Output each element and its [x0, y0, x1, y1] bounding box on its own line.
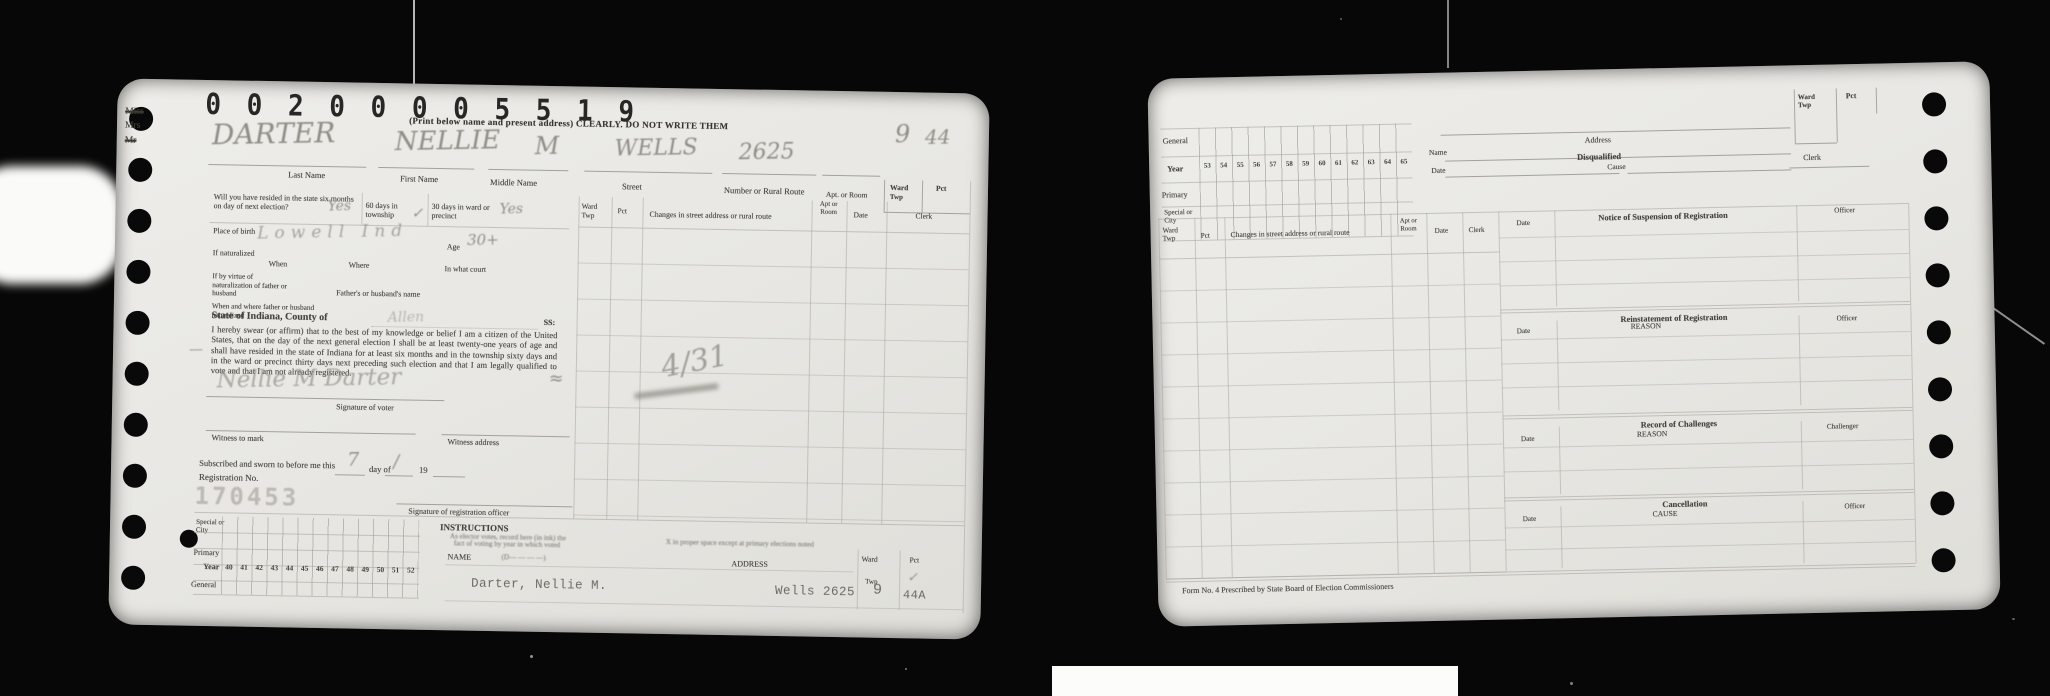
title-miss: Miss: [125, 105, 144, 120]
handwritten-street: WELLS: [614, 135, 697, 161]
table-row-line: [574, 478, 965, 486]
label-year: Year: [1167, 164, 1183, 174]
table-row-line: [1163, 444, 1503, 452]
dust-speck: [2012, 618, 2015, 620]
punch-hole: [1925, 263, 1949, 287]
table-row-line: [576, 370, 967, 378]
voter-card-back: General Year Primary Special or City 535…: [1147, 61, 2000, 627]
handwritten-sworn-month: /: [393, 451, 399, 472]
label-when: When: [269, 259, 288, 269]
reinstatement-reason: REASON: [1631, 322, 1662, 332]
footer-rule: [1166, 563, 1916, 580]
label-twp: Twp: [890, 193, 903, 201]
next-frame-edge: [1052, 666, 1458, 696]
ward-box-line: [1876, 88, 1878, 114]
col-changes: Changes in street address or rural route: [1231, 229, 1350, 240]
challenges-reason: REASON: [1637, 430, 1668, 440]
table-col-line: [1194, 218, 1203, 578]
label-primary: Primary: [193, 548, 219, 558]
handwritten-last-name: DARTER: [212, 116, 336, 151]
label-ward: Ward: [890, 184, 908, 193]
punch-hole: [1927, 320, 1951, 344]
table-col-line: [881, 202, 888, 524]
table-row-line: [576, 334, 967, 342]
dust-speck: [530, 655, 533, 658]
section-row-line: [1502, 379, 1912, 389]
section-right-line: [1908, 203, 1917, 563]
label-place-of-birth: Place of birth: [213, 226, 255, 236]
day-line: [335, 474, 365, 476]
section-row-line: [1505, 541, 1915, 551]
label-witness-address: Witness address: [447, 437, 499, 447]
title-mrs: Mrs: [125, 119, 144, 134]
table-row-line: [1165, 539, 1505, 547]
label-street: Street: [622, 181, 642, 191]
pencil-smudge: [634, 383, 718, 399]
name-line: [722, 173, 816, 176]
table-row-line: [575, 442, 966, 450]
table-row-line: [1160, 316, 1500, 324]
handwritten-house-number: 2625: [738, 139, 794, 165]
table-col-line: [573, 196, 580, 518]
table-row-line: [1164, 507, 1504, 515]
handwritten-first-name: NELLIE: [395, 125, 501, 157]
section-row-line: [1499, 229, 1909, 239]
table-col-line: [1224, 217, 1233, 577]
typed-pct: 44A: [903, 588, 926, 602]
clerk-line: [1789, 166, 1869, 169]
title-mr: Mr: [125, 133, 144, 148]
section-col-line: [1560, 506, 1562, 568]
section-row-line: [1503, 439, 1913, 449]
microfilm-scan: (Print below name and present address) C…: [0, 0, 2050, 696]
label-disqualified: Disqualified: [1577, 151, 1621, 162]
question-30-days-ward: 30 days in ward or precinct: [431, 202, 499, 222]
film-scratch-vertical-right: [1447, 0, 1449, 68]
handwritten-county: Allen: [388, 309, 425, 326]
label-where: Where: [349, 260, 370, 270]
ward-box-line: [1836, 88, 1838, 142]
col-pct: Pct: [1201, 232, 1210, 241]
punch-hole: [122, 515, 146, 539]
pencil-checkmark: ✓: [907, 570, 918, 585]
suspension-date: Date: [1516, 219, 1530, 228]
label-in-what-court: In what court: [444, 264, 486, 274]
dust-speck: [905, 668, 907, 670]
label-pct-index: Pct: [909, 556, 919, 565]
punch-hole: [1922, 92, 1946, 116]
challenges-date: Date: [1521, 435, 1535, 444]
section-row-line: [1499, 253, 1909, 263]
label-middle-name: Middle Name: [490, 177, 537, 188]
table-row-line: [1162, 380, 1502, 388]
punch-hole: [1930, 491, 1954, 515]
affidavit-ss: SS:: [544, 318, 556, 328]
label-general: General: [1163, 136, 1189, 146]
typed-voter-address: Wells 2625: [775, 584, 855, 599]
voter-signature: Nellie M Darter: [216, 364, 401, 393]
sworn-before-me-text: Subscribed and sworn to before me this: [199, 458, 335, 471]
punch-hole: [125, 311, 149, 335]
label-year-19: 19: [419, 465, 428, 475]
punch-hole: [128, 158, 152, 182]
pencil-date-scribble: 4/31: [658, 338, 731, 385]
footer-rule: [1166, 566, 1916, 583]
instructions-note: X in proper space except at primary elec…: [666, 538, 814, 549]
table-col-line: [606, 197, 613, 519]
punch-hole: [1928, 377, 1952, 401]
label-apt-or-room: Apt. or Room: [826, 191, 868, 201]
typed-voter-name: Darter, Nellie M.: [471, 577, 607, 593]
vote-grid-columns: [221, 516, 419, 597]
cancellation-officer: Officer: [1844, 502, 1865, 511]
label-primary: Primary: [1162, 190, 1188, 200]
col-apt-or-room: Apt or Room: [1396, 217, 1420, 233]
registration-number-stamp: 170453: [194, 482, 299, 512]
date-line: [1445, 173, 1619, 178]
voter-card-front: (Print below name and present address) C…: [108, 78, 989, 639]
label-father-husband-name: Father's or husband's name: [336, 288, 420, 299]
reinstatement-officer: Officer: [1836, 314, 1857, 323]
label-address-index: ADDRESS: [731, 559, 768, 569]
section-col-line: [1802, 501, 1804, 563]
label-ward-index: Ward: [861, 555, 877, 564]
table-col-line: [1390, 214, 1399, 574]
table-row-line: [1160, 284, 1500, 292]
signature-line: [206, 396, 444, 401]
margin-pencil-mark: —: [189, 342, 203, 358]
table-row-line: [1164, 476, 1504, 484]
handwritten-sworn-day: 7: [347, 448, 359, 470]
handwritten-pct: 44: [925, 125, 951, 149]
col-changes: Changes in street address or rural route: [649, 210, 771, 221]
table-col-line: [1498, 212, 1507, 572]
table-row-line: [1161, 348, 1501, 356]
form-number-footer: Form No. 4 Prescribed by State Board of …: [1182, 582, 1394, 596]
section-col-line: [1796, 205, 1799, 301]
label-date: Date: [1431, 167, 1445, 176]
col-date: Date: [1435, 227, 1449, 236]
section-col-line: [1554, 210, 1557, 306]
section-col-line: [1557, 320, 1560, 410]
ward-box-line: [1795, 142, 1837, 144]
label-general: General: [191, 580, 216, 590]
punch-hole: [1931, 548, 1955, 572]
label-pct: Pct: [1846, 92, 1857, 101]
section-col-line: [1798, 315, 1801, 405]
label-name: Name: [1429, 149, 1447, 158]
table-row-line: [575, 406, 966, 414]
handwritten-q2-answer: ✓: [411, 206, 423, 222]
table-col-line: [1426, 213, 1435, 573]
section-row-line: [1501, 331, 1911, 341]
col-ward-twp: Ward Twp: [1162, 226, 1190, 244]
ward-box-line: [884, 180, 886, 212]
handwritten-age: 30+: [467, 231, 499, 250]
table-col-line: [637, 198, 644, 520]
table-row-line: [578, 226, 969, 234]
name-line: [822, 175, 880, 177]
title-options: Miss Mrs Mr: [125, 105, 144, 148]
affidavit-heading: State of Indiana, County of: [212, 310, 328, 324]
month-line: [385, 475, 413, 476]
table-row-line: [577, 298, 968, 306]
suspension-title: Notice of Suspension of Registration: [1598, 211, 1728, 224]
punch-hole: [1924, 206, 1948, 230]
label-ward-twp: Ward Twp: [1798, 93, 1828, 110]
section-row-line: [1500, 277, 1910, 287]
section-col-line: [1801, 421, 1803, 489]
reinstatement-date: Date: [1517, 327, 1531, 336]
year-line: [433, 476, 465, 478]
lens-blob: [0, 166, 122, 284]
label-special-or-city: Special or City: [1164, 208, 1196, 225]
col-clerk: Clerk: [915, 212, 932, 221]
handwritten-q3-answer: Yes: [499, 201, 523, 217]
label-signature-of-voter: Signature of voter: [336, 402, 394, 412]
cancellation-cause: CAUSE: [1653, 510, 1678, 519]
cell-line: [427, 194, 429, 226]
index-row-line: [445, 564, 853, 572]
label-day-of: day of: [369, 464, 391, 475]
label-clerk: Clerk: [1803, 153, 1821, 163]
handwritten-middle-name: M: [534, 132, 559, 160]
col-apt-or-room: Apt or Room: [817, 201, 841, 217]
label-name-index: NAME: [447, 552, 471, 562]
col-pct: Pct: [618, 207, 627, 216]
label-address: Address: [1585, 135, 1611, 145]
instructions-line2: fact of voting by year in which voted: [454, 539, 561, 549]
section-row-line: [1501, 355, 1911, 365]
dust-speck: [1570, 682, 1573, 685]
handwritten-q1-answer: Yes: [327, 198, 351, 214]
label-virtue-naturalization: If by virtue of naturalization of father…: [212, 272, 294, 299]
label-age: Age: [447, 242, 460, 251]
index-col-line: [857, 549, 859, 609]
handwritten-place-of-birth: Lowell Ind: [257, 221, 408, 244]
label-witness-to-mark: Witness to mark: [211, 433, 263, 443]
label-cause: Cause: [1607, 163, 1626, 172]
table-row-line: [578, 262, 969, 270]
label-number-rural-route: Number or Rural Route: [724, 185, 805, 196]
table-col-line: [806, 201, 813, 523]
section-row-line: [1505, 519, 1915, 529]
col-clerk: Clerk: [1469, 226, 1485, 235]
label-date-hint: (D— — — —): [501, 553, 545, 562]
table-col-line: [841, 201, 848, 523]
typed-ward: 9: [873, 582, 883, 599]
punch-hole: [121, 566, 145, 590]
name-line: [584, 171, 712, 174]
punch-hole: [123, 464, 147, 488]
label-pct: Pct: [936, 185, 947, 194]
name-line: [208, 164, 366, 168]
name-line: [378, 167, 474, 170]
cause-line: [1627, 169, 1791, 173]
pencil-scribble: ≈: [548, 368, 563, 389]
cell-line: [361, 193, 363, 225]
label-if-naturalized: If naturalized: [213, 248, 259, 258]
card-right-margin-line: [963, 181, 972, 613]
punch-hole: [126, 260, 150, 284]
dust-speck: [1340, 18, 1342, 20]
cancellation-date: Date: [1523, 515, 1537, 524]
film-scratch-vertical-left: [413, 0, 415, 96]
ward-box-line: [922, 180, 924, 212]
challenges-challenger: Challenger: [1827, 422, 1859, 431]
col-ward-twp: Ward Twp: [581, 203, 609, 221]
section-row-line: [1504, 463, 1914, 473]
section-col-line: [1559, 426, 1561, 494]
punch-hole: [1929, 434, 1953, 458]
index-col-line: [899, 550, 901, 610]
ward-box-line: [1794, 89, 1796, 143]
handwritten-ward: 9: [895, 120, 911, 148]
table-col-line: [1158, 219, 1167, 579]
table-row-line: [1162, 412, 1502, 420]
name-line: [488, 169, 568, 171]
suspension-officer: Officer: [1834, 206, 1855, 215]
punch-hole: [1923, 149, 1947, 173]
col-date: Date: [853, 211, 867, 220]
table-col-line: [1462, 212, 1471, 572]
label-last-name: Last Name: [288, 169, 325, 180]
punch-hole: [124, 362, 148, 386]
table-row-line: [1159, 252, 1499, 260]
address-line: [1441, 127, 1791, 135]
punch-hole: [127, 209, 151, 233]
label-first-name: First Name: [400, 173, 438, 184]
punch-hole: [124, 413, 148, 437]
index-row-line: [445, 600, 963, 610]
